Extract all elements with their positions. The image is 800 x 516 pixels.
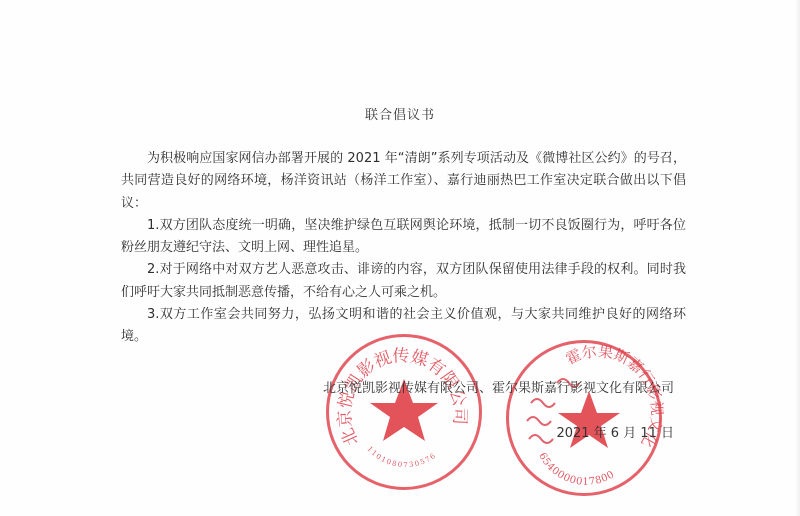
proposal-item-3: 3.双方工作室会共同努力，弘扬文明和谐的社会主义价值观，与大家共同维护良好的网络… [121, 304, 686, 349]
intro-paragraph: 为积极响应国家网信办部署开展的 2021 年“清朗”系列专项活动及《微博社区公约… [121, 148, 686, 215]
seal-number: 1101080730576 [365, 445, 438, 469]
seal-number: 6540000017800 [536, 451, 616, 488]
proposal-item-1: 1.双方团队态度统一明确，坚决维护绿色互联网舆论环境，抵制一切不良饭圈行为，呼吁… [121, 215, 686, 260]
company-seal-beijing-yuekai: 北京悦凯影视传媒有限公司 1101080730576 [326, 334, 482, 490]
page-edge-shadow [794, 0, 800, 516]
document-page: 联合倡议书 为积极响应国家网信办部署开展的 2021 年“清朗”系列专项活动及《… [0, 0, 800, 516]
signatory-companies: 北京悦凯影视传媒有限公司、霍尔果斯嘉行影视文化有限公司 [323, 377, 674, 396]
company-seal-horgos-jiaxing: 霍尔果斯嘉行影视文化有限公司 6540000017800 [506, 340, 662, 496]
document-title: 联合倡议书 [0, 104, 800, 123]
seal-graphic: 霍尔果斯嘉行影视文化有限公司 6540000017800 [509, 343, 659, 493]
document-body: 为积极响应国家网信办部署开展的 2021 年“清朗”系列专项活动及《微博社区公约… [121, 148, 686, 349]
seal-arc-text: 北京悦凯影视传媒有限公司 [335, 346, 470, 448]
document-date: 2021 年 6 月 11 日 [556, 422, 674, 441]
proposal-item-2: 2.对于网络中对双方艺人恶意攻击、诽谤的内容，双方团队保留使用法律手段的权利。同… [121, 259, 686, 304]
seal-graphic: 北京悦凯影视传媒有限公司 1101080730576 [329, 337, 479, 487]
